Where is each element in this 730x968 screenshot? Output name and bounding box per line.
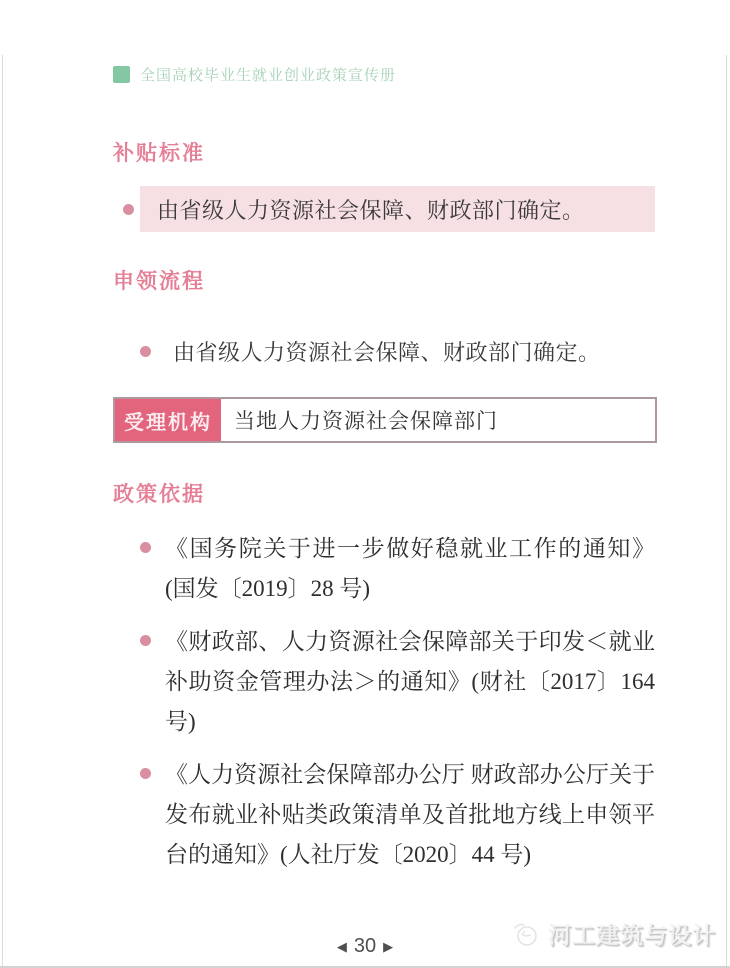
page-edge-right bbox=[726, 55, 727, 968]
subsidy-standard-text: 由省级人力资源社会保障、财政部门确定。 bbox=[157, 194, 585, 225]
accepting-agency-value: 当地人力资源社会保障部门 bbox=[221, 399, 498, 441]
page-content: 全国高校毕业生就业创业政策宣传册 补贴标准 由省级人力资源社会保障、财政部门确定… bbox=[0, 0, 730, 875]
booklet-title: 全国高校毕业生就业创业政策宣传册 bbox=[140, 64, 396, 85]
section-heading-application-process: 申领流程 bbox=[113, 270, 655, 294]
application-process-text: 由省级人力资源社会保障、财政部门确定。 bbox=[173, 336, 601, 367]
page-edge-left bbox=[2, 55, 3, 968]
subsidy-standard-item: 由省级人力资源社会保障、财政部门确定。 bbox=[113, 186, 655, 232]
accepting-agency-label: 受理机构 bbox=[115, 399, 221, 441]
list-item: 《财政部、人力资源社会保障部关于印发＜就业补助资金管理办法＞的通知》(财社〔20… bbox=[113, 622, 655, 742]
header-square-icon bbox=[113, 66, 130, 83]
policy-item-text: 《人力资源社会保障部办公厅 财政部办公厅关于发布就业补贴类政策清单及首批地方线上… bbox=[165, 755, 655, 875]
section-heading-subsidy-standard: 补贴标准 bbox=[113, 142, 655, 166]
application-process-item: 由省级人力资源社会保障、财政部门确定。 bbox=[113, 336, 655, 367]
list-item: 《国务院关于进一步做好稳就业工作的通知》(国发〔2019〕28 号) bbox=[113, 529, 655, 609]
pamphlet-page: 全国高校毕业生就业创业政策宣传册 补贴标准 由省级人力资源社会保障、财政部门确定… bbox=[0, 0, 730, 968]
section-heading-policy-basis: 政策依据 bbox=[113, 483, 655, 507]
policy-item-text: 《财政部、人力资源社会保障部关于印发＜就业补助资金管理办法＞的通知》(财社〔20… bbox=[165, 622, 655, 742]
watermark: 河工建筑与设计 bbox=[510, 917, 716, 950]
watermark-logo-icon bbox=[510, 918, 542, 950]
accepting-agency-box: 受理机构 当地人力资源社会保障部门 bbox=[113, 397, 657, 443]
next-page-icon[interactable]: ▶ bbox=[383, 940, 393, 953]
policy-basis-list: 《国务院关于进一步做好稳就业工作的通知》(国发〔2019〕28 号) 《财政部、… bbox=[113, 529, 655, 875]
prev-page-icon[interactable]: ◀ bbox=[337, 940, 347, 953]
bullet-icon bbox=[140, 635, 151, 646]
page-number: 30 bbox=[354, 936, 376, 956]
bullet-icon bbox=[123, 204, 134, 215]
list-item: 《人力资源社会保障部办公厅 财政部办公厅关于发布就业补贴类政策清单及首批地方线上… bbox=[113, 755, 655, 875]
bullet-icon bbox=[140, 346, 151, 357]
bullet-icon bbox=[140, 542, 151, 553]
bullet-icon bbox=[140, 768, 151, 779]
highlight-box: 由省级人力资源社会保障、财政部门确定。 bbox=[140, 186, 655, 232]
watermark-text: 河工建筑与设计 bbox=[548, 917, 716, 950]
policy-item-text: 《国务院关于进一步做好稳就业工作的通知》(国发〔2019〕28 号) bbox=[165, 529, 655, 609]
booklet-header: 全国高校毕业生就业创业政策宣传册 bbox=[113, 64, 655, 84]
